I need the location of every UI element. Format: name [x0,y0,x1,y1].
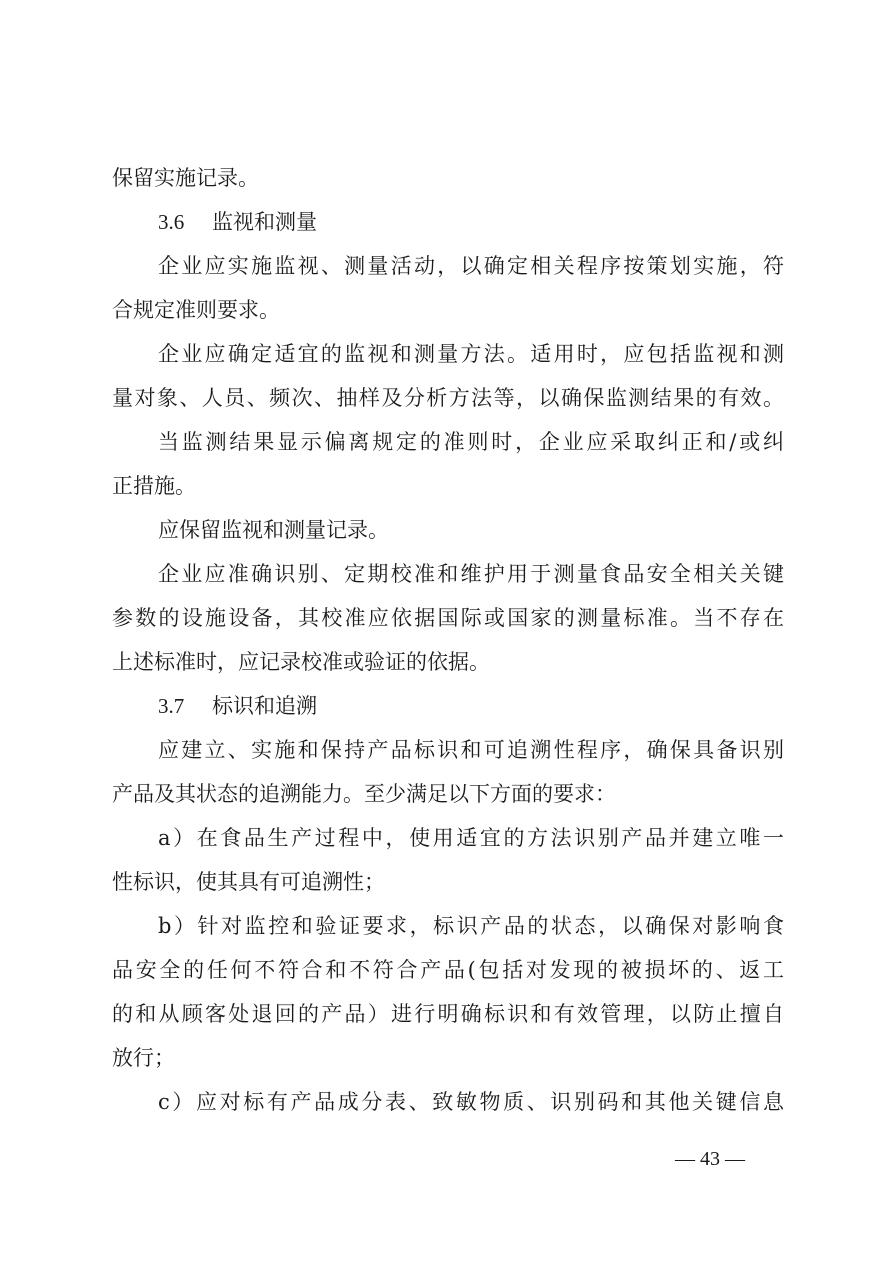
text: 品安全的任何不符合和不符合产品(包括对发现的被损坏的、返工 [112,948,784,992]
text: 保留实施记录。 [112,166,259,190]
paragraph-line: 上述标准时，应记录校准或验证的依据。 [112,640,490,684]
paragraph-line: 正措施。 [112,464,196,508]
paragraph-line: 参数的设施设备，其校准应依据国际或国家的测量标准。当不存在 [112,596,784,640]
text: 性标识，使其具有可追溯性； [112,870,385,894]
text: 量对象、人员、频次、抽样及分析方法等，以确保监测结果的有效。 [112,376,784,420]
paragraph-line: 企业应准确识别、定期校准和维护用于测量食品安全相关关键 [158,552,784,596]
paragraph-line: 企业应实施监视、测量活动，以确定相关程序按策划实施，符 [158,244,784,288]
text: 企业应确定适宜的监视和测量方法。适用时，应包括监视和测 [158,332,784,376]
text: b）针对监控和验证要求，标识产品的状态，以确保对影响食 [158,904,784,948]
paragraph-line: 保留实施记录。 [112,156,259,200]
text: 合规定准则要求。 [112,298,280,322]
paragraph-line: 的和从顾客处退回的产品）进行明确标识和有效管理，以防止擅自 [112,992,784,1036]
text: 正措施。 [112,474,196,498]
section-title: 标识和追溯 [212,694,317,718]
text: 应保留监视和测量记录。 [158,518,389,542]
list-item-a: a）在食品生产过程中，使用适宜的方法识别产品并建立唯一 [158,816,784,860]
list-item-c: c）应对标有产品成分表、致敏物质、识别码和其他关键信息 [158,1080,784,1124]
paragraph-line: 量对象、人员、频次、抽样及分析方法等，以确保监测结果的有效。 [112,376,784,420]
paragraph-line: 放行； [112,1036,175,1080]
text: 的和从顾客处退回的产品）进行明确标识和有效管理，以防止擅自 [112,992,784,1036]
paragraph-line: 当监测结果显示偏离规定的准则时，企业应采取纠正和/或纠 [158,420,784,464]
text: c）应对标有产品成分表、致敏物质、识别码和其他关键信息 [158,1080,784,1124]
section-heading-3-7: 3.7标识和追溯 [158,684,317,728]
paragraph-line: 应建立、实施和保持产品标识和可追溯性程序，确保具备识别 [158,728,784,772]
section-number: 3.6 [158,200,212,244]
text: a）在食品生产过程中，使用适宜的方法识别产品并建立唯一 [158,816,784,860]
paragraph-line: 应保留监视和测量记录。 [158,508,389,552]
paragraph-line: 品安全的任何不符合和不符合产品(包括对发现的被损坏的、返工 [112,948,784,992]
text: 产品及其状态的追溯能力。至少满足以下方面的要求： [112,782,616,806]
paragraph-line: 产品及其状态的追溯能力。至少满足以下方面的要求： [112,772,616,816]
section-heading-3-6: 3.6监视和测量 [158,200,317,244]
text: 参数的设施设备，其校准应依据国际或国家的测量标准。当不存在 [112,596,784,640]
text: 上述标准时，应记录校准或验证的依据。 [112,650,490,674]
paragraph-line: 性标识，使其具有可追溯性； [112,860,385,904]
text: 应建立、实施和保持产品标识和可追溯性程序，确保具备识别 [158,728,784,772]
paragraph-line: 企业应确定适宜的监视和测量方法。适用时，应包括监视和测 [158,332,784,376]
text: 企业应准确识别、定期校准和维护用于测量食品安全相关关键 [158,552,784,596]
text: 放行； [112,1046,175,1070]
section-number: 3.7 [158,684,212,728]
page-number: — 43 — [675,1148,745,1171]
paragraph-line: 合规定准则要求。 [112,288,280,332]
text: 企业应实施监视、测量活动，以确定相关程序按策划实施，符 [158,244,784,288]
list-item-b: b）针对监控和验证要求，标识产品的状态，以确保对影响食 [158,904,784,948]
section-title: 监视和测量 [212,210,317,234]
text: 当监测结果显示偏离规定的准则时，企业应采取纠正和/或纠 [158,420,784,464]
